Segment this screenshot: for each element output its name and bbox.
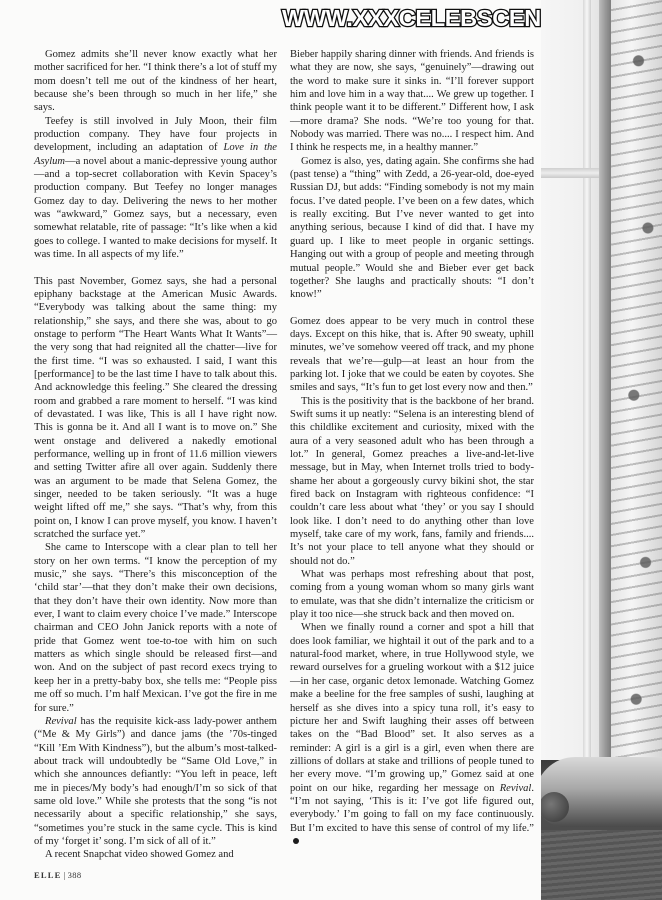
- paragraph: Gomez admits she’ll never know exactly w…: [34, 48, 277, 115]
- paragraph: What was perhaps most refreshing about t…: [290, 568, 534, 621]
- article-column-middle: Bieber happily sharing dinner with frien…: [290, 48, 534, 848]
- page-footer: ELLE|388: [34, 870, 82, 880]
- footer-separator: |: [63, 870, 65, 880]
- window-frame-edge: [599, 0, 611, 800]
- album-title: Revival: [45, 716, 77, 727]
- paragraph: Teefey is still involved in July Moon, t…: [34, 115, 277, 262]
- paragraph: Revival has the requisite kick-ass lady-…: [34, 715, 277, 848]
- paragraph: Bieber happily sharing dinner with frien…: [290, 48, 534, 155]
- paragraph: Gomez is also, yes, dating again. She co…: [290, 155, 534, 302]
- paragraph: Gomez does appear to be very much in con…: [290, 315, 534, 395]
- paragraph: This past November, Gomez says, she had …: [34, 275, 277, 542]
- paragraph: When we finally round a corner and spot …: [290, 621, 534, 848]
- curtain-pattern: [615, 0, 662, 760]
- window-pane: [541, 0, 601, 790]
- magazine-brand: ELLE: [34, 870, 61, 880]
- album-title: Revival: [500, 783, 532, 794]
- paragraph: She came to Interscope with a clear plan…: [34, 541, 277, 714]
- window-crossbar: [541, 168, 601, 178]
- paragraph: A recent Snapchat video showed Gomez and: [34, 848, 277, 861]
- paragraph: This is the positivity that is the backb…: [290, 395, 534, 568]
- editorial-photo: [541, 0, 662, 900]
- window-mullion: [583, 0, 591, 770]
- article-column-left: Gomez admits she’ll never know exactly w…: [34, 48, 277, 862]
- wooden-ledge: [541, 830, 662, 900]
- page-number: 388: [68, 870, 82, 880]
- end-of-article-bullet-icon: [293, 838, 299, 844]
